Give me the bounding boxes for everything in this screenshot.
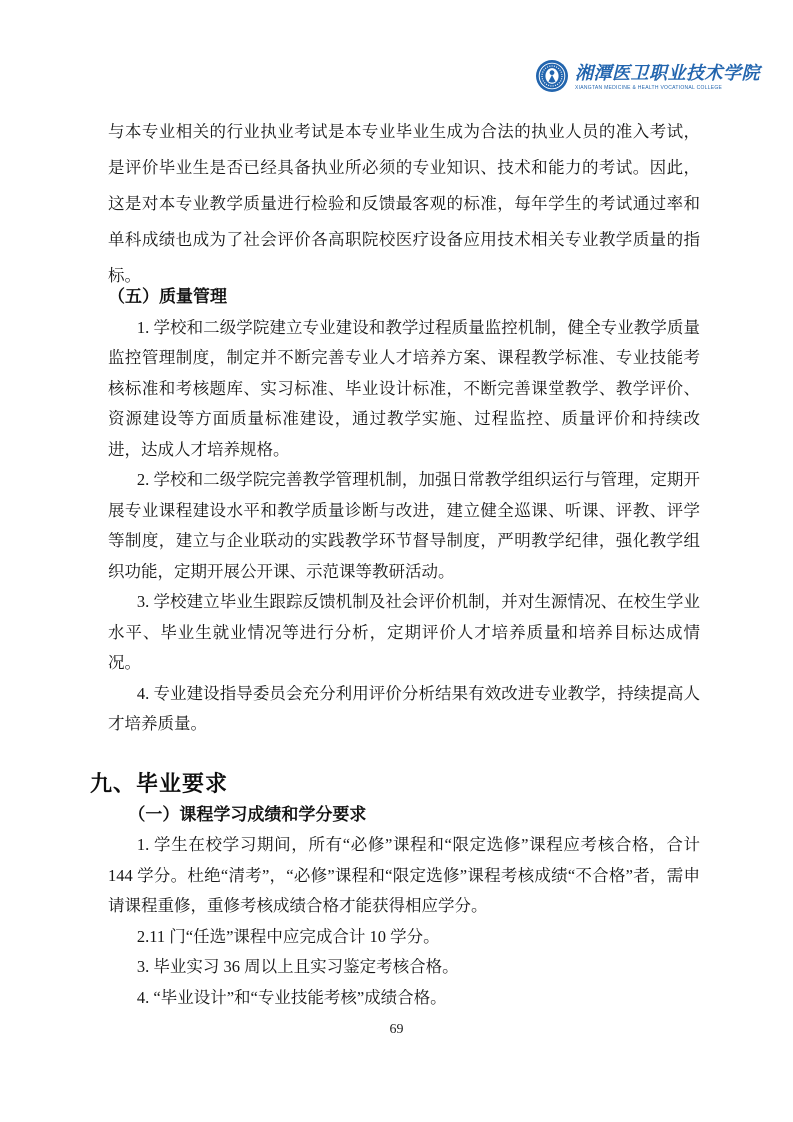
college-emblem-icon xyxy=(536,60,568,92)
subsection-heading-course-credit-requirements: （一）课程学习成绩和学分要求 xyxy=(108,800,700,831)
document-page: 湘潭医卫职业技术学院 XIANGTAN MEDICINE & HEALTH VO… xyxy=(0,0,793,1122)
graduation-item-3: 3. 毕业实习 36 周以上且实习鉴定考核合格。 xyxy=(108,952,700,983)
quality-paragraph-3: 3. 学校建立毕业生跟踪反馈机制及社会评价机制，并对生源情况、在校生学业水平、毕… xyxy=(108,587,700,679)
college-name-en: XIANGTAN MEDICINE & HEALTH VOCATIONAL CO… xyxy=(575,85,760,91)
college-name-zh: 湘潭医卫职业技术学院 xyxy=(575,63,760,83)
college-logo: 湘潭医卫职业技术学院 XIANGTAN MEDICINE & HEALTH VO… xyxy=(536,60,760,92)
graduation-item-4: 4. “毕业设计”和“专业技能考核”成绩合格。 xyxy=(108,983,700,1014)
intro-paragraph: 与本专业相关的行业执业考试是本专业毕业生成为合法的执业人员的准入考试，是评价毕业… xyxy=(108,114,700,294)
document-body: 与本专业相关的行业执业考试是本专业毕业生成为合法的执业人员的准入考试，是评价毕业… xyxy=(108,114,700,1013)
page-number: 69 xyxy=(0,1022,793,1038)
section-heading-quality-management: （五）质量管理 xyxy=(108,282,700,313)
quality-paragraph-2: 2. 学校和二级学院完善教学管理机制，加强日常教学组织运行与管理，定期开展专业课… xyxy=(108,465,700,587)
quality-paragraph-1: 1. 学校和二级学院建立专业建设和教学过程质量监控机制，健全专业教学质量监控管理… xyxy=(108,313,700,466)
college-name-block: 湘潭医卫职业技术学院 XIANGTAN MEDICINE & HEALTH VO… xyxy=(575,60,760,91)
quality-paragraph-4: 4. 专业建设指导委员会充分利用评价分析结果有效改进专业教学，持续提高人才培养质… xyxy=(108,679,700,740)
graduation-item-2: 2.11 门“任选”课程中应完成合计 10 学分。 xyxy=(108,922,700,953)
graduation-item-1: 1. 学生在校学习期间，所有“必修”课程和“限定选修”课程应考核合格，合计 14… xyxy=(108,830,700,922)
section-heading-graduation-requirements: 九、毕业要求 xyxy=(90,768,700,800)
